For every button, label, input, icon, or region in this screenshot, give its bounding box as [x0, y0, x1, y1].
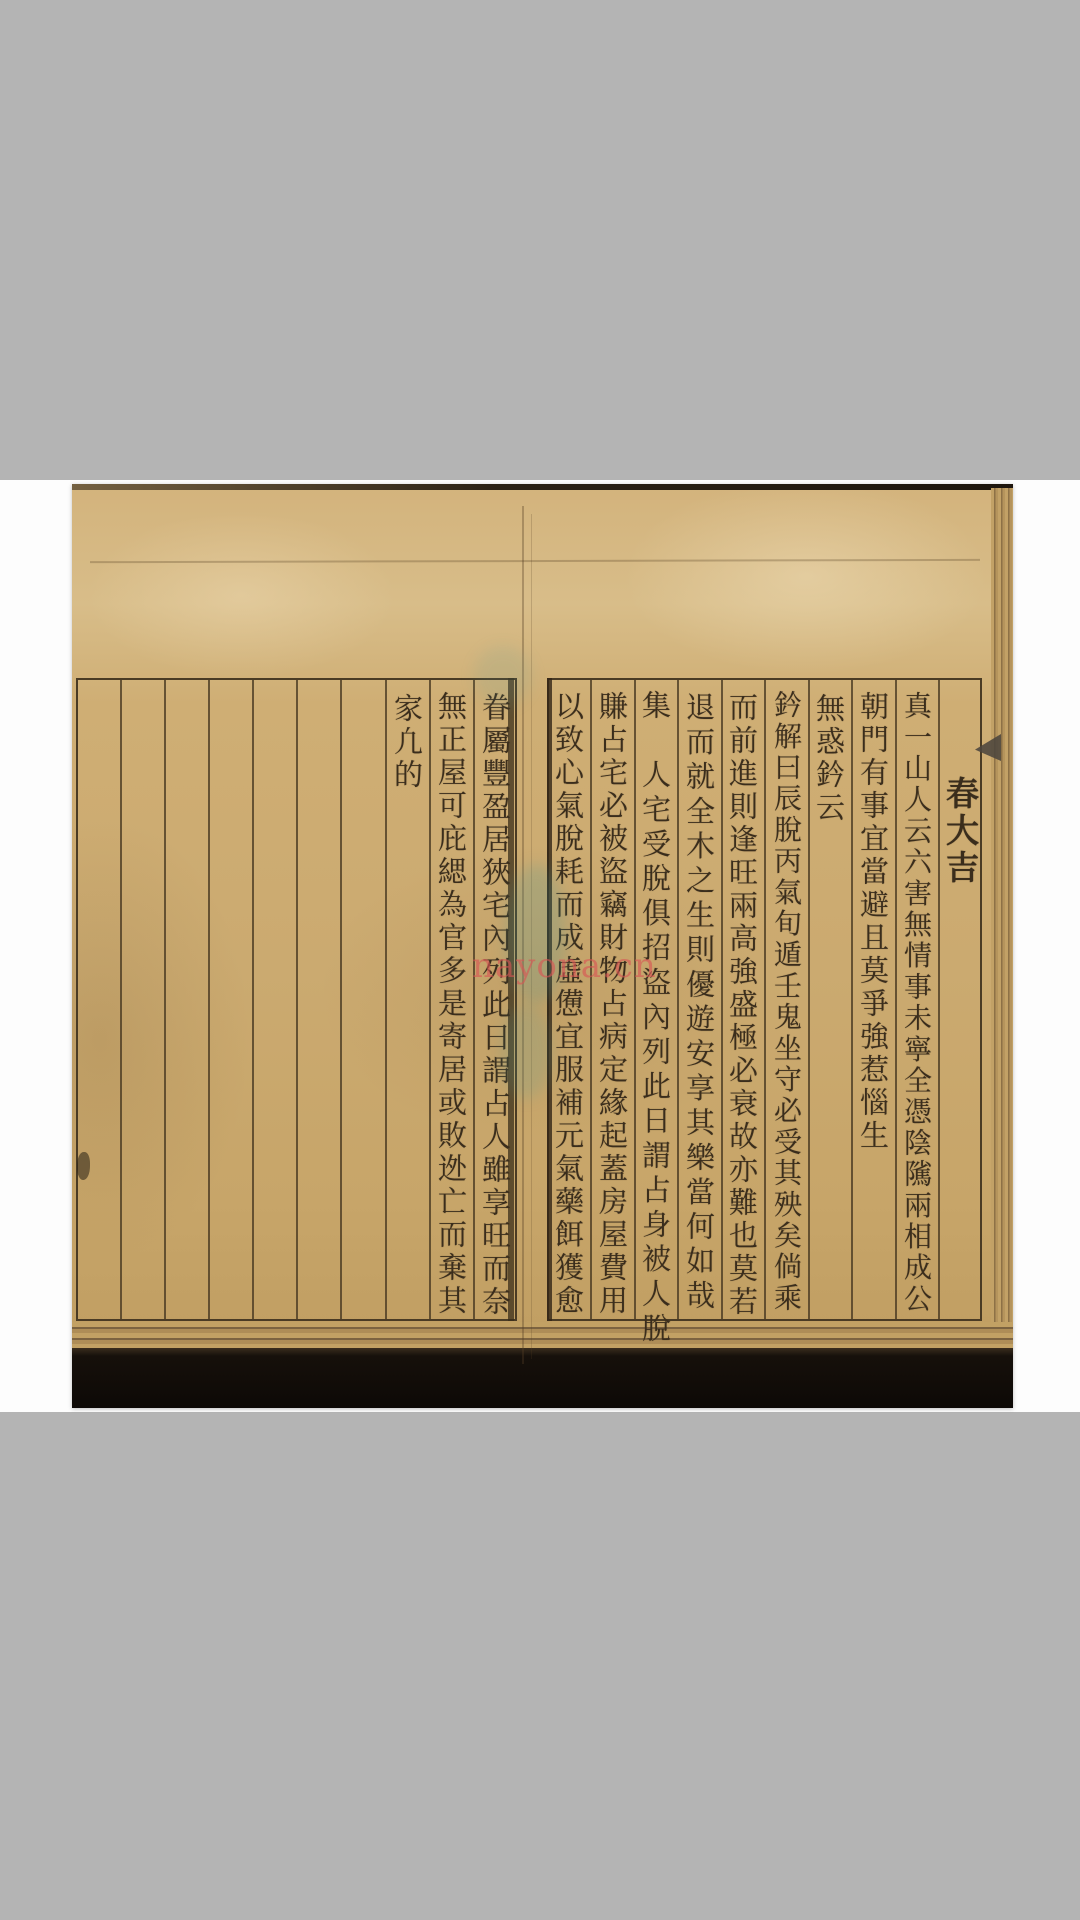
ink-blot [77, 1152, 90, 1180]
column-rule [208, 680, 210, 1319]
text-column: 賺占宅必被盜竊財物占病定緣起蓋房屋費用 [590, 691, 634, 1318]
text-column: 而前進則逢旺兩高強盛極必衰故亦難也莫若 [720, 692, 764, 1319]
text-column: 以致心氣脫耗而成虛憊宜服補元氣藥餌獲愈 [546, 691, 590, 1318]
stacked-page-edges-right [991, 488, 1013, 1346]
text-column: 鈐解曰辰脫丙氣旬遁壬鬼坐守必受其殃矣倘乘 [764, 690, 808, 1314]
book-bottom-shadow [72, 1348, 1013, 1408]
site-watermark: nayona.cn [472, 946, 657, 986]
book-top-edge [72, 484, 1013, 490]
column-rule [164, 680, 166, 1319]
image-viewer: 春大吉 真一山人云六害無情事未寧全憑陰隲兩相成公 朝門有事宜當避且莫爭強惹惱生 … [0, 0, 1080, 1920]
column-rule [120, 680, 122, 1319]
text-column: 退而就全木之生則優遊安享其樂當何如哉 [677, 692, 721, 1315]
column-rule [252, 680, 254, 1319]
ink-bleed-stain [500, 1004, 552, 1099]
column-rule [340, 680, 342, 1319]
text-column: 家凢的 [385, 693, 429, 792]
text-column: 無惑鈐云 [807, 693, 851, 825]
text-column-spring-da-ji: 春大吉 [938, 776, 982, 887]
text-column: 無正屋可庇緦為官多是寄居或敗迯亡而棄其 [429, 691, 473, 1318]
text-column: 朝門有事宜當避且莫爭強惹惱生 [851, 691, 895, 1153]
stacked-page-edges-bottom [72, 1322, 1013, 1350]
ink-bleed-stain [474, 646, 532, 706]
book-scan-image: 春大吉 真一山人云六害無情事未寧全憑陰隲兩相成公 朝門有事宜當避且莫爭強惹惱生 … [72, 484, 1013, 1408]
text-column: 眷屬豐盈居狹宅內列此日謂占人雖享旺而奈 [473, 692, 517, 1319]
text-column: 集 人宅受脫俱招盜內列此日謂占身被人脫 [633, 690, 677, 1347]
column-rule [296, 680, 298, 1319]
text-column: 真一山人云六害無情事未寧全憑陰隲兩相成公 [894, 691, 938, 1315]
underlying-page-edge [90, 559, 980, 563]
